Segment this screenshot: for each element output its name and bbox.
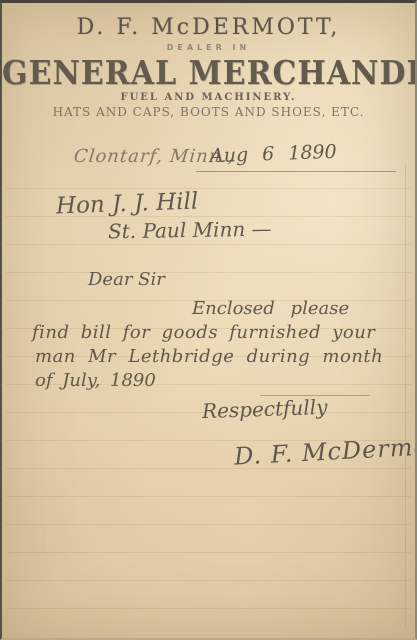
body-line-4: of July, 1890 xyxy=(35,370,156,391)
letterhead-subtitle-fuel-machinery: FUEL AND MACHINERY. xyxy=(2,92,415,103)
stationery-margin-line xyxy=(405,163,406,628)
letterhead-dealer-in: DEALER IN xyxy=(2,43,415,52)
recipient-address: St. Paul Minn — xyxy=(108,217,272,244)
body-line-2: find bill for goods furnished your xyxy=(32,322,375,343)
signature: D. F. McDermott xyxy=(233,431,417,470)
salutation: Dear Sir xyxy=(88,269,165,290)
letterhead-business-title: GENERAL MERCHANDISE. xyxy=(2,55,415,93)
letter-document-scan: D. F. McDERMOTT, DEALER IN GENERAL MERCH… xyxy=(0,0,417,640)
letterhead-subtitle-hats-boots: HATS AND CAPS, BOOTS AND SHOES, ETC. xyxy=(2,105,415,119)
body-line-3: man Mr Lethbridge during month xyxy=(35,346,383,367)
letterhead-proprietor-name: D. F. McDERMOTT, xyxy=(2,15,415,40)
recipient-name: Hon J. J. Hill xyxy=(56,189,199,220)
dateline-date-handwritten: Aug 6 1890 xyxy=(210,141,337,167)
dateline-underline xyxy=(196,171,396,172)
closing-word: Respectfully xyxy=(202,395,328,423)
body-line-1: Enclosed please xyxy=(192,298,349,319)
